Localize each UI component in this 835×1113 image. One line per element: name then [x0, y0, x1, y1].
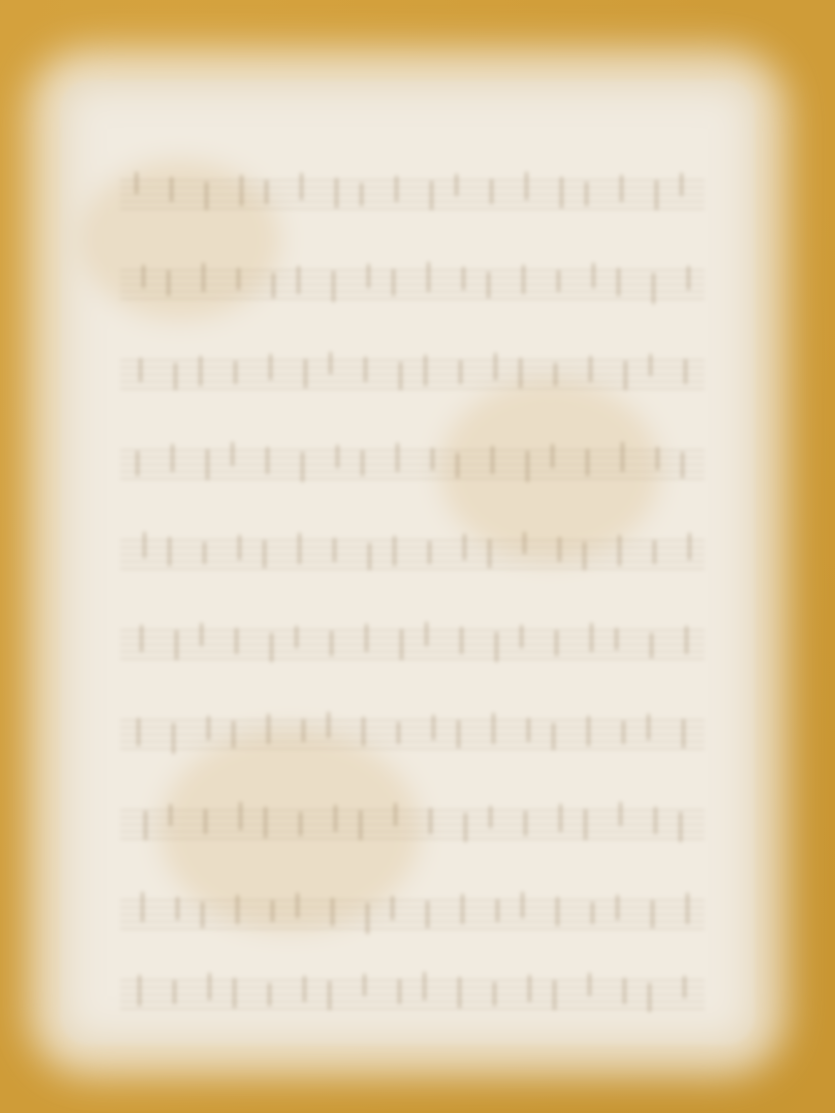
note-stem	[364, 357, 367, 382]
note-stem	[232, 721, 235, 748]
note-stem	[336, 445, 339, 468]
note-stem	[361, 450, 364, 476]
note-stem	[207, 716, 210, 740]
staff-line	[120, 748, 705, 749]
note-stem	[552, 723, 555, 750]
note-stem	[487, 272, 490, 298]
note-stem	[399, 362, 402, 390]
note-stem	[686, 893, 689, 924]
note-stem	[396, 443, 399, 472]
note-stem	[360, 183, 363, 206]
note-stem	[560, 177, 563, 208]
note-stem	[430, 181, 433, 210]
note-stem	[527, 718, 530, 742]
note-stem	[263, 540, 266, 568]
note-stem	[400, 629, 403, 660]
note-stem	[143, 532, 146, 558]
note-stem	[428, 541, 431, 564]
note-stem	[301, 452, 304, 482]
note-stem	[456, 453, 459, 478]
staff-line	[120, 180, 705, 181]
note-stem	[685, 626, 688, 654]
note-stem	[296, 893, 299, 918]
note-stem	[495, 632, 498, 662]
note-stem	[304, 359, 307, 388]
note-stem	[331, 898, 334, 926]
note-stem	[558, 537, 561, 562]
staff-system	[120, 630, 705, 660]
staff-line	[120, 921, 705, 922]
note-stem	[269, 354, 272, 380]
note-stem	[266, 447, 269, 474]
staff-system	[120, 270, 705, 300]
note-stem	[615, 628, 618, 650]
note-stem	[621, 442, 624, 472]
note-stem	[175, 630, 178, 660]
note-stem	[528, 975, 531, 1002]
staff-system	[120, 900, 705, 930]
note-stem	[329, 352, 332, 374]
note-stem	[553, 980, 556, 1010]
note-stem	[591, 902, 594, 924]
note-stem	[557, 270, 560, 292]
note-stem	[366, 903, 369, 934]
note-stem	[268, 983, 271, 1006]
note-stem	[425, 622, 428, 646]
note-stem	[623, 978, 626, 1004]
note-stem	[584, 809, 587, 840]
note-stem	[234, 361, 237, 384]
note-stem	[491, 446, 494, 474]
note-stem	[524, 811, 527, 836]
staff-system	[120, 360, 705, 390]
note-stem	[297, 266, 300, 294]
note-stem	[462, 267, 465, 290]
note-stem	[589, 356, 592, 382]
note-stem	[176, 897, 179, 920]
note-stem	[490, 179, 493, 204]
note-stem	[649, 354, 652, 376]
staff-line	[120, 1001, 705, 1002]
staff-line	[120, 658, 705, 659]
note-stem	[335, 178, 338, 208]
note-stem	[687, 266, 690, 290]
note-stem	[622, 721, 625, 744]
note-stem	[455, 174, 458, 196]
note-stem	[654, 807, 657, 834]
note-stem	[432, 715, 435, 740]
note-stem	[136, 451, 139, 476]
note-stem	[427, 262, 430, 292]
staff-line	[120, 1008, 705, 1009]
note-stem	[168, 537, 171, 566]
note-stem	[170, 177, 173, 202]
note-stem	[295, 626, 298, 648]
note-stem	[202, 263, 205, 292]
note-stem	[457, 720, 460, 748]
note-stem	[520, 625, 523, 648]
note-stem	[616, 895, 619, 920]
note-stem	[424, 355, 427, 386]
note-stem	[688, 533, 691, 560]
note-stem	[559, 804, 562, 832]
note-stem	[653, 540, 656, 564]
note-stem	[652, 273, 655, 304]
note-stem	[264, 807, 267, 838]
note-stem	[426, 901, 429, 928]
note-stem	[492, 713, 495, 744]
note-stem	[208, 973, 211, 1000]
note-stem	[267, 714, 270, 744]
staff-line	[120, 810, 705, 811]
note-stem	[395, 176, 398, 202]
note-stem	[681, 452, 684, 478]
note-stem	[586, 449, 589, 476]
note-stem	[461, 894, 464, 924]
note-stem	[139, 358, 142, 382]
note-stem	[525, 172, 528, 200]
note-stem	[272, 273, 275, 298]
note-stem	[585, 182, 588, 206]
note-stem	[617, 268, 620, 296]
note-stem	[590, 623, 593, 652]
note-stem	[173, 980, 176, 1004]
note-stem	[240, 175, 243, 206]
note-stem	[648, 983, 651, 1012]
staff-line	[120, 928, 705, 929]
note-stem	[620, 175, 623, 202]
note-stem	[203, 542, 206, 564]
note-stem	[522, 265, 525, 294]
note-stem	[680, 173, 683, 196]
note-stem	[137, 718, 140, 746]
staff-line	[120, 741, 705, 742]
note-stem	[171, 444, 174, 472]
note-stem	[239, 802, 242, 830]
staff-line	[120, 651, 705, 652]
staff-system	[120, 720, 705, 750]
note-stem	[200, 623, 203, 646]
note-stem	[656, 447, 659, 470]
note-stem	[237, 268, 240, 290]
note-stem	[554, 363, 557, 386]
staff-line	[120, 568, 705, 569]
note-stem	[367, 264, 370, 288]
manuscript-page	[60, 80, 755, 1045]
note-stem	[592, 263, 595, 288]
note-stem	[271, 900, 274, 922]
note-stem	[583, 542, 586, 570]
note-stem	[299, 812, 302, 836]
note-stem	[679, 812, 682, 842]
note-stem	[205, 182, 208, 210]
note-stem	[394, 803, 397, 826]
staff-line	[120, 817, 705, 818]
note-stem	[519, 358, 522, 388]
note-stem	[431, 448, 434, 470]
staff-line	[120, 838, 705, 839]
note-stem	[201, 902, 204, 928]
note-stem	[169, 804, 172, 826]
note-stem	[587, 716, 590, 746]
note-stem	[398, 979, 401, 1004]
note-stem	[334, 805, 337, 832]
note-stem	[138, 975, 141, 1006]
note-stem	[619, 802, 622, 826]
note-stem	[270, 633, 273, 662]
note-stem	[300, 173, 303, 200]
note-stem	[238, 535, 241, 560]
note-stem	[167, 270, 170, 296]
note-stem	[231, 442, 234, 466]
note-stem	[359, 810, 362, 840]
staff-line	[120, 360, 705, 361]
note-stem	[235, 628, 238, 654]
note-stem	[423, 972, 426, 1000]
note-stem	[429, 808, 432, 834]
note-stem	[496, 899, 499, 922]
staff-line	[120, 381, 705, 382]
note-stem	[555, 630, 558, 656]
note-stem	[303, 976, 306, 1002]
note-stem	[172, 723, 175, 754]
note-stem	[459, 360, 462, 384]
note-stem	[521, 892, 524, 918]
note-stem	[362, 717, 365, 746]
note-stem	[330, 631, 333, 656]
note-stem	[651, 900, 654, 928]
note-stem	[391, 896, 394, 920]
note-stem	[464, 813, 467, 842]
note-stem	[365, 624, 368, 652]
staff-system	[120, 810, 705, 840]
note-stem	[624, 361, 627, 390]
note-stem	[233, 978, 236, 1008]
note-stem	[142, 265, 145, 288]
staff-line	[120, 831, 705, 832]
note-stem	[368, 543, 371, 570]
note-stem	[236, 895, 239, 924]
note-stem	[682, 719, 685, 748]
note-stem	[302, 719, 305, 742]
staff-line	[120, 824, 705, 825]
note-stem	[393, 536, 396, 566]
note-stem	[144, 811, 147, 840]
note-stem	[265, 180, 268, 204]
note-stem	[494, 353, 497, 380]
note-stem	[523, 532, 526, 554]
note-stem	[140, 625, 143, 652]
staff-system	[120, 180, 705, 210]
note-stem	[333, 538, 336, 562]
note-stem	[650, 633, 653, 658]
note-stem	[327, 712, 330, 738]
note-stem	[684, 359, 687, 384]
note-stem	[526, 451, 529, 482]
note-stem	[298, 533, 301, 564]
note-stem	[392, 269, 395, 296]
note-stem	[655, 180, 658, 210]
note-stem	[135, 172, 138, 194]
note-stem	[460, 627, 463, 654]
note-stem	[199, 356, 202, 386]
note-stem	[551, 444, 554, 468]
staff-system	[120, 540, 705, 570]
note-stem	[493, 982, 496, 1006]
note-stem	[363, 974, 366, 996]
staff-system	[120, 450, 705, 480]
note-stem	[458, 977, 461, 1008]
staff-system	[120, 980, 705, 1010]
note-stem	[206, 449, 209, 480]
note-stem	[618, 535, 621, 566]
note-stem	[683, 976, 686, 998]
note-stem	[488, 539, 491, 568]
note-stem	[174, 363, 177, 390]
note-stem	[397, 722, 400, 744]
note-stem	[489, 806, 492, 828]
note-stem	[204, 809, 207, 834]
staff-line	[120, 367, 705, 368]
note-stem	[463, 534, 466, 560]
note-stem	[588, 973, 591, 996]
note-stem	[332, 271, 335, 302]
staff-line	[120, 374, 705, 375]
staff-line	[120, 388, 705, 389]
note-stem	[556, 897, 559, 926]
staff-line	[120, 298, 705, 299]
note-stem	[141, 892, 144, 922]
note-stem	[328, 981, 331, 1010]
note-stem	[647, 714, 650, 740]
